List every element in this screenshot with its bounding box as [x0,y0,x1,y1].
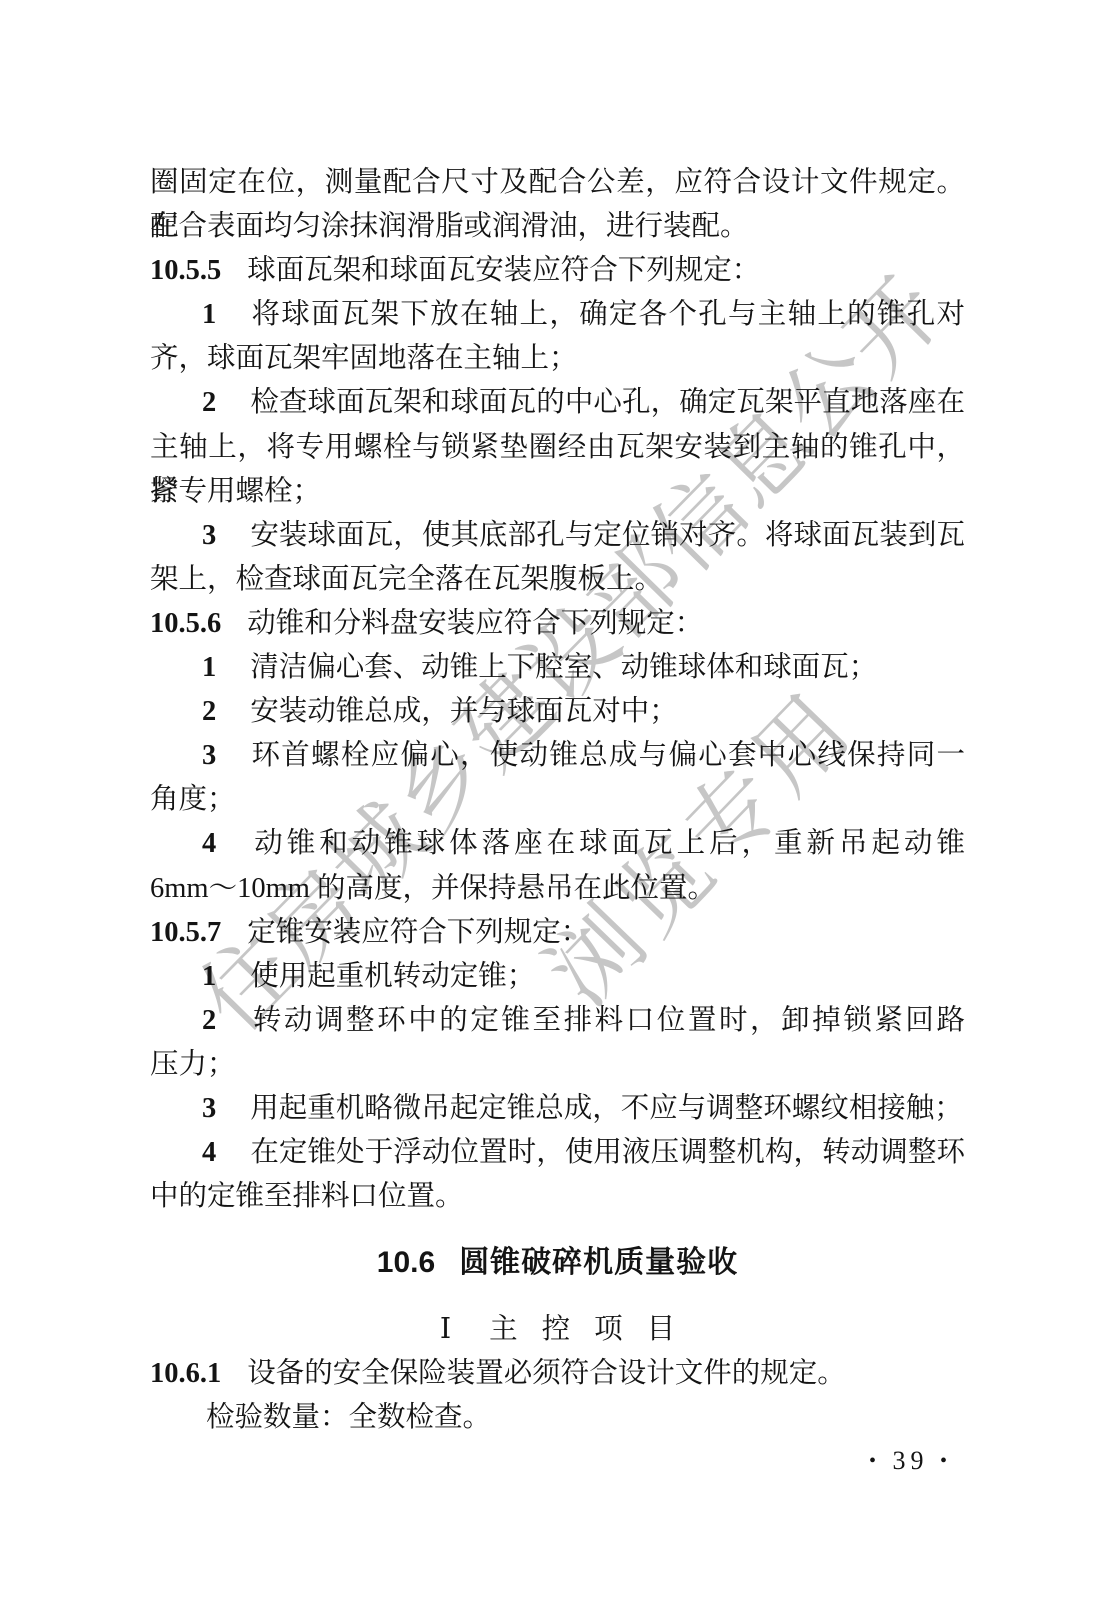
subheading: Ⅰ主控项目 [150,1308,965,1352]
heading-title: 圆锥破碎机质量验收 [459,1246,738,1279]
line-text: 将球面瓦架下放在轴上，确定各个孔与主轴上的锥孔对 [250,299,965,330]
text-line: 3环首螺栓应偏心，使动锥总成与偏心套中心线保持同一 [150,734,965,778]
section-number: 10.6.1 [150,1358,221,1389]
text-line: 配合表面均匀涂抹润滑脂或润滑油，进行装配。 [150,205,965,249]
line-text: 定锥安装应符合下列规定： [247,917,589,948]
line-text: 用起重机略微吊起定锥总成，不应与调整环螺纹相接触； [250,1093,963,1124]
page-number-dot-left: • [869,1450,881,1472]
text-line: 4在定锥处于浮动位置时，使用液压调整机构，转动调整环 [150,1131,965,1175]
text-line: 10.5.7定锥安装应符合下列规定： [150,911,965,955]
text-line: 6mm～10mm 的高度，并保持悬吊在此位置。 [150,867,965,911]
text-line: 架上，检查球面瓦完全落在瓦架腹板上。 [150,558,965,602]
text-line: 中的定锥至排料口位置。 [150,1175,965,1219]
line-text: 安装动锥总成，并与球面瓦对中； [250,696,678,727]
item-number: 4 [202,1137,216,1168]
line-text: 环首螺栓应偏心，使动锥总成与偏心套中心线保持同一 [250,740,965,771]
body-text: 圈固定在位，测量配合尺寸及配合公差，应符合设计文件规定。在配合表面均匀涂抹润滑脂… [150,161,965,1440]
item-number: 3 [202,740,216,771]
item-number: 2 [202,696,216,727]
line-text: 检验数量：全数检查。 [206,1402,491,1433]
section-number: 10.5.7 [150,917,221,948]
text-line: 3用起重机略微吊起定锥总成，不应与调整环螺纹相接触； [150,1087,965,1131]
line-text: 动锥和分料盘安装应符合下列规定： [247,608,703,639]
item-number: 3 [202,1093,216,1124]
page-number-dot-right: • [940,1450,952,1472]
line-text: 中的定锥至排料口位置。 [150,1181,464,1212]
line-text: 使用起重机转动定锥； [250,961,535,992]
text-line: 4动锥和动锥球体落座在球面瓦上后，重新吊起动锥 [150,822,965,866]
line-text: 配合表面均匀涂抹润滑脂或润滑油，进行装配。 [150,211,749,242]
page-number-value: 39 [893,1446,929,1475]
section-heading: 10.6圆锥破碎机质量验收 [150,1241,965,1285]
line-text: 球面瓦架和球面瓦安装应符合下列规定： [247,255,760,286]
text-line: 10.5.6动锥和分料盘安装应符合下列规定： [150,602,965,646]
text-line: 2转动调整环中的定锥至排料口位置时，卸掉锁紧回路 [150,999,965,1043]
line-text: 角度； [150,784,236,815]
subheading-title: 主控项目 [489,1314,699,1345]
document-page: 住房城乡建设部信息公开 浏览专用 圈固定在位，测量配合尺寸及配合公差，应符合设计… [0,0,1102,1598]
line-text: 在定锥处于浮动位置时，使用液压调整机构，转动调整环 [250,1137,965,1168]
text-line: 3安装球面瓦，使其底部孔与定位销对齐。将球面瓦装到瓦 [150,514,965,558]
item-number: 2 [202,1005,216,1036]
text-line: 压力； [150,1043,965,1087]
text-line: 紧专用螺栓； [150,470,965,514]
text-line: 检验数量：全数检查。 [150,1396,965,1440]
heading-number: 10.6 [377,1246,435,1279]
text-line: 1使用起重机转动定锥； [150,955,965,999]
text-line: 2安装动锥总成，并与球面瓦对中； [150,690,965,734]
item-number: 1 [202,961,216,992]
line-text: 6mm～10mm 的高度，并保持悬吊在此位置。 [150,873,716,904]
text-line: 1清洁偏心套、动锥上下腔室、动锥球体和球面瓦； [150,646,965,690]
text-line: 主轴上，将专用螺栓与锁紧垫圈经由瓦架安装到主轴的锥孔中，拧 [150,426,965,470]
line-text: 动锥和动锥球体落座在球面瓦上后，重新吊起动锥 [250,828,965,859]
text-line: 圈固定在位，测量配合尺寸及配合公差，应符合设计文件规定。在 [150,161,965,205]
item-number: 1 [202,652,216,683]
line-text: 检查球面瓦架和球面瓦的中心孔，确定瓦架平直地落座在 [250,387,965,418]
text-line: 10.6.1设备的安全保险装置必须符合设计文件的规定。 [150,1352,965,1396]
text-line: 2检查球面瓦架和球面瓦的中心孔，确定瓦架平直地落座在 [150,381,965,425]
line-text: 紧专用螺栓； [150,476,321,507]
item-number: 2 [202,387,216,418]
text-line: 齐，球面瓦架牢固地落在主轴上； [150,337,965,381]
page-number: • 39 • [869,1446,952,1476]
item-number: 1 [202,299,216,330]
line-text: 压力； [150,1049,236,1080]
text-line: 角度； [150,778,965,822]
section-number: 10.5.6 [150,608,221,639]
subheading-numeral: Ⅰ [440,1314,451,1345]
line-text: 转动调整环中的定锥至排料口位置时，卸掉锁紧回路 [250,1005,965,1036]
item-number: 4 [202,828,216,859]
line-text: 齐，球面瓦架牢固地落在主轴上； [150,343,578,374]
item-number: 3 [202,520,216,551]
line-text: 清洁偏心套、动锥上下腔室、动锥球体和球面瓦； [250,652,877,683]
line-text: 设备的安全保险装置必须符合设计文件的规定。 [247,1358,846,1389]
section-number: 10.5.5 [150,255,221,286]
text-line: 1将球面瓦架下放在轴上，确定各个孔与主轴上的锥孔对 [150,293,965,337]
line-text: 架上，检查球面瓦完全落在瓦架腹板上。 [150,564,663,595]
line-text: 安装球面瓦，使其底部孔与定位销对齐。将球面瓦装到瓦 [250,520,965,551]
text-line: 10.5.5球面瓦架和球面瓦安装应符合下列规定： [150,249,965,293]
